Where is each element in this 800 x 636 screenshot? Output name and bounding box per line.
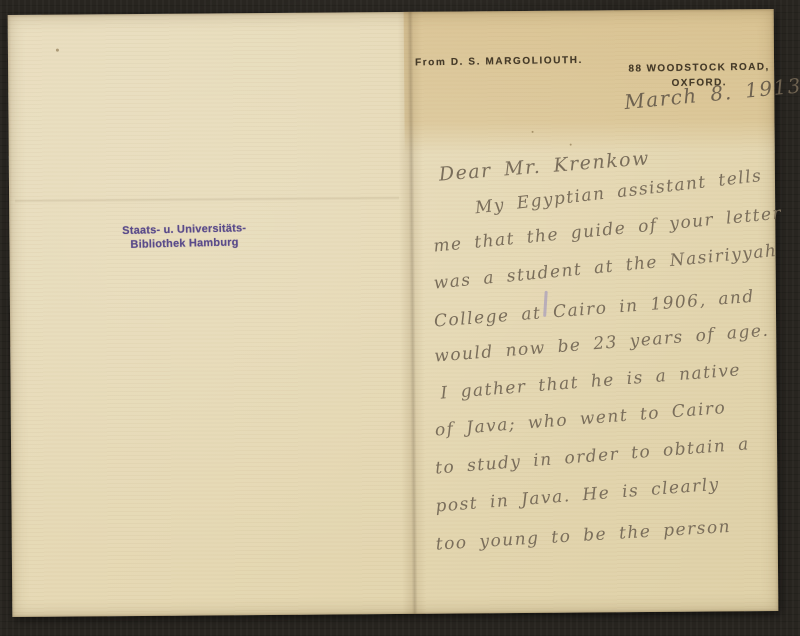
letter-paper: Staats- u. Universitäts- Bibliothek Hamb… [8,9,779,617]
handwritten-line: too young to be the person [435,517,731,555]
stamp-line-2: Bibliothek Hamburg [119,235,249,252]
address-line-1: 88 WOODSTOCK ROAD, [626,60,772,77]
paper-speck [532,131,534,133]
center-fold-crease [398,12,427,614]
library-stamp: Staats- u. Universitäts- Bibliothek Hamb… [119,221,250,252]
paper-speck [570,144,572,146]
handwritten-line: post in Java. He is clearly [435,475,721,517]
handwritten-line: I gather that he is a native [440,360,742,403]
horizontal-crease [15,196,399,203]
photo-backdrop: Staats- u. Universitäts- Bibliothek Hamb… [0,0,800,636]
paper-speck [56,49,59,52]
handwritten-line: of Java; who went to Cairo [434,398,727,441]
handwritten-line: to study in order to obtain a [434,434,750,478]
